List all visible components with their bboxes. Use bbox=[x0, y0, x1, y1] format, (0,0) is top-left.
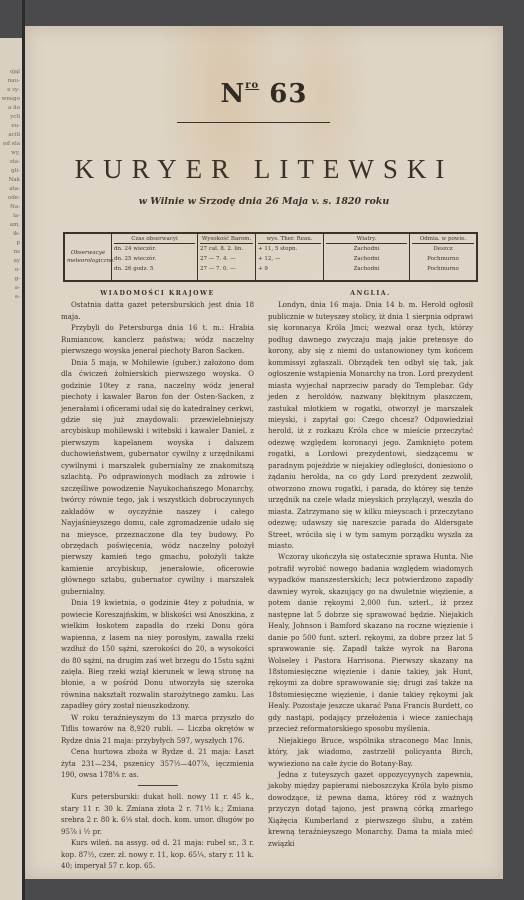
section-heading-domestic: WIADOMOŚCI KRAJOWE bbox=[61, 288, 254, 299]
article-paragraph: Wczoray ukończyła się ostatecznie sprawa… bbox=[268, 551, 473, 734]
weather-col-barometer: Wysokość Barom. 27 cal. 8. 2. lin. 27 — … bbox=[197, 234, 255, 280]
weather-header-thermometer: wys. Ther. Reau. bbox=[258, 234, 321, 244]
newspaper-page: Nro 63 KURYER LITEWSKI w Wilnie w Srzodę… bbox=[25, 26, 503, 879]
section-divider bbox=[138, 785, 178, 786]
article-paragraph: Dnia 5 maja, w Mohilewie (guber.) założo… bbox=[61, 357, 254, 598]
weather-cell: Zachodni bbox=[326, 264, 407, 274]
right-column: ANGLIA. Londyn, dnia 16 maja. Dnia 14 b.… bbox=[268, 288, 473, 849]
weather-label: Obserwacye meteorologiczne. bbox=[63, 234, 111, 280]
article-paragraph: Przybyli do Petersburga dnia 16 t. m.: H… bbox=[61, 322, 254, 356]
weather-header-wind: Wiatry. bbox=[326, 234, 407, 244]
weather-table: Obserwacye meteorologiczne. Czas obserwa… bbox=[63, 232, 478, 282]
issue-number: Nro 63 bbox=[25, 79, 503, 109]
article-paragraph: Ostatnia datta gazet petersburskich jest… bbox=[61, 299, 254, 322]
weather-cell: + 9 bbox=[258, 264, 321, 274]
article-paragraph: Dnia 19 kwietnia, o godzinie 4tey z połu… bbox=[61, 597, 254, 712]
weather-cell: + 12, — bbox=[258, 254, 321, 264]
weather-header-barometer: Wysokość Barom. bbox=[200, 234, 253, 244]
issue-number-prefix: N bbox=[221, 79, 246, 109]
article-paragraph: Cena hurtowa zboża w Rydze d. 21 maja: Ł… bbox=[61, 746, 254, 780]
previous-page-fragment: ojąl nau- e sy- wnego a ilo ycli eu- aci… bbox=[0, 38, 22, 302]
weather-cell: 27 cal. 8. 2. lin. bbox=[200, 244, 253, 254]
weather-cell: Zachodni bbox=[326, 244, 407, 254]
weather-header-time: Czas obserwacyi bbox=[114, 234, 195, 244]
left-column: WIADOMOŚCI KRAJOWE Ostatnia datta gazet … bbox=[61, 288, 254, 872]
article-paragraph: W roku teraźnieyszym do 13 marca przyszł… bbox=[61, 712, 254, 746]
weather-header-sky: Odmia. w powie. bbox=[412, 234, 474, 244]
article-paragraph: Londyn, dnia 16 maja. Dnia 14 b. m. Hero… bbox=[268, 299, 473, 551]
issue-number-sup: ro bbox=[245, 80, 259, 91]
weather-cell: Deszcz bbox=[412, 244, 474, 254]
weather-col-wind: Wiatry. Zachodni Zachodni Zachodni bbox=[323, 234, 409, 280]
exchange-rate-paragraph: Kurs wileń. na assyg. od d. 21 maja: rub… bbox=[61, 837, 254, 871]
weather-cell: 27 — 7. 0. — bbox=[200, 264, 253, 274]
weather-cell: dn. 25 wieczór. bbox=[114, 254, 195, 264]
weather-cell: dn. 26 godz. 5 bbox=[114, 264, 195, 274]
exchange-rate-paragraph: Kurs petersburski: dukat holl. nowy 11 r… bbox=[61, 791, 254, 837]
weather-cell: Zachodni bbox=[326, 254, 407, 264]
weather-cell: Pochmurno bbox=[412, 254, 474, 264]
weather-col-sky: Odmia. w powie. Deszcz Pochmurno Pochmur… bbox=[409, 234, 478, 280]
weather-cell: 27 — 7. 4. — bbox=[200, 254, 253, 264]
issue-number-value: 63 bbox=[269, 79, 307, 109]
header-rule bbox=[177, 122, 330, 123]
weather-col-thermometer: wys. Ther. Reau. + 11, 5 stopn. + 12, — … bbox=[255, 234, 323, 280]
weather-cell: + 11, 5 stopn. bbox=[258, 244, 321, 254]
dateline: w Wilnie w Srzodę dnia 26 Maja v. s. 182… bbox=[25, 196, 503, 207]
weather-col-time: Czas obserwacyi dn. 24 wieczór. dn. 25 w… bbox=[111, 234, 197, 280]
article-paragraph: Jedna z tuteyszych gazet oppozycyynych z… bbox=[268, 769, 473, 849]
masthead-title: KURYER LITEWSKI bbox=[25, 154, 503, 185]
weather-cell: Pochmurno bbox=[412, 264, 474, 274]
article-paragraph: Niejakiego Bruce, wspólnika straconego M… bbox=[268, 735, 473, 769]
previous-page-edge: ojąl nau- e sy- wnego a ilo ycli eu- aci… bbox=[0, 38, 22, 900]
weather-cell: dn. 24 wieczór. bbox=[114, 244, 195, 254]
section-heading-england: ANGLIA. bbox=[268, 288, 473, 299]
